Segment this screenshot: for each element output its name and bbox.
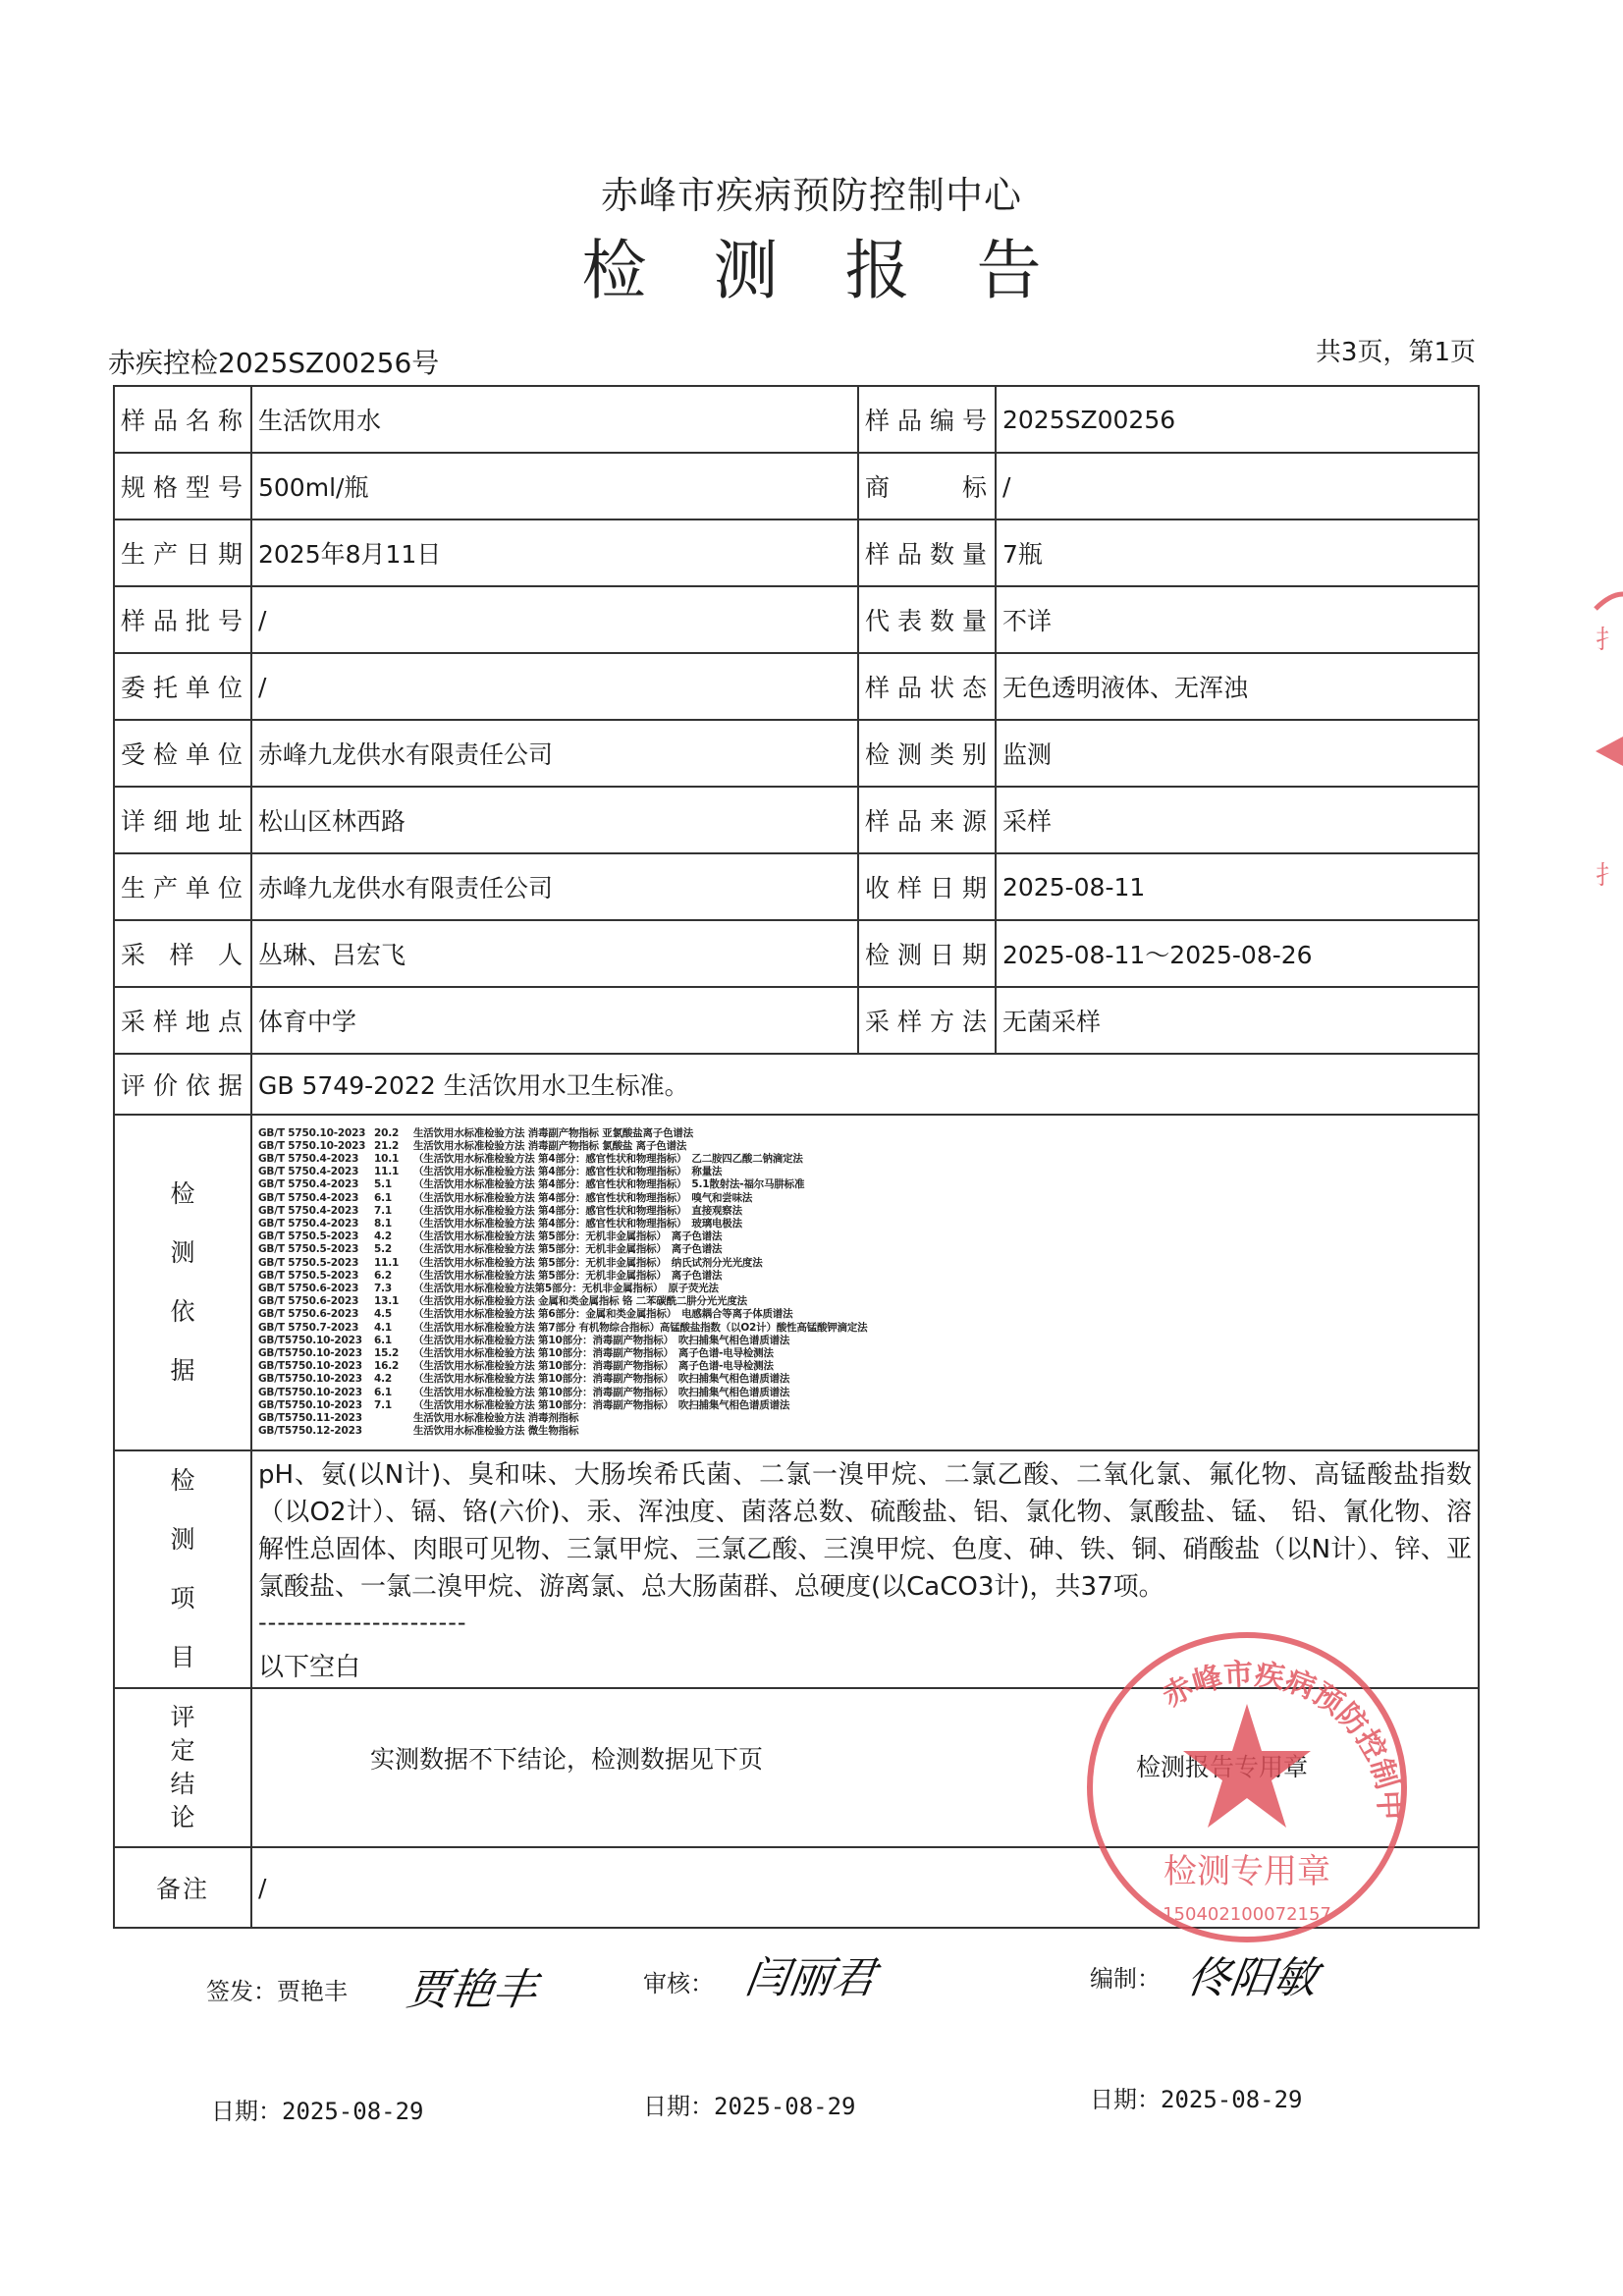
issuer-signature: 贾艳丰 — [404, 1954, 542, 2017]
issuer-label: 签发：贾艳丰 — [206, 1972, 348, 2006]
svg-text:扌: 扌 — [1596, 861, 1621, 891]
standard-line: GB/T 5750.4-20237.1（生活饮用水标准检验方法 第4部分：感官性… — [258, 1205, 1472, 1218]
info-row: 详细地址松山区林西路样品来源采样 — [114, 787, 1479, 853]
standard-code: GB/T5750.10-2023 — [258, 1399, 374, 1412]
test-items-cell: pH、氨(以N计)、臭和味、大肠埃希氏菌、二氯一溴甲烷、二氯乙酸、二氧化氯、氟化… — [251, 1450, 1479, 1688]
standard-clause: 4.5 — [374, 1308, 413, 1321]
standard-method: （生活饮用水标准检验方法 第5部分：无机非金属指标） 离子色谱法 — [413, 1270, 722, 1282]
info-row: 生产单位赤峰九龙供水有限责任公司收样日期2025-08-11 — [114, 853, 1479, 920]
standard-line: GB/T5750.10-20236.1（生活饮用水标准检验方法 第10部分：消毒… — [258, 1335, 1472, 1347]
field-label: 代表数量 — [858, 586, 996, 653]
standard-line: GB/T 5750.5-20234.2（生活饮用水标准检验方法 第5部分：无机非… — [258, 1230, 1472, 1243]
standard-line: GB/T 5750.4-20238.1（生活饮用水标准检验方法 第4部分：感官性… — [258, 1218, 1472, 1230]
separator-dashes: ---------------------- — [258, 1612, 1472, 1633]
standard-method: （生活饮用水标准检验方法 第4部分：感官性状和物理指标） 称量法 — [413, 1166, 722, 1177]
standard-method: （生活饮用水标准检验方法 第4部分：感官性状和物理指标） 直接观察法 — [413, 1205, 742, 1217]
field-value: 500ml/瓶 — [251, 453, 858, 519]
standard-code: GB/T 5750.4-2023 — [258, 1192, 374, 1205]
field-value: 赤峰九龙供水有限责任公司 — [251, 720, 858, 787]
field-value: 无色透明液体、无浑浊 — [996, 653, 1479, 720]
report-number: 赤疾控检2025SZ00256号 — [108, 342, 439, 381]
label-char: 据 — [121, 1341, 244, 1400]
standard-line: GB/T5750.10-20234.2（生活饮用水标准检验方法 第10部分：消毒… — [258, 1373, 1472, 1386]
field-label: 样品编号 — [858, 386, 996, 453]
standard-method: （生活饮用水标准检验方法 金属和类金属指标 铬 二苯碳酰二肼分光光度法 — [413, 1295, 747, 1307]
label-char: 项 — [121, 1569, 244, 1628]
standard-code: GB/T5750.10-2023 — [258, 1347, 374, 1360]
standard-clause: 6.2 — [374, 1270, 413, 1283]
standard-code: GB/T 5750.6-2023 — [258, 1295, 374, 1308]
standard-clause: 10.1 — [374, 1153, 413, 1166]
field-label: 采样人 — [114, 920, 251, 987]
standard-code: GB/T5750.12-2023 — [258, 1425, 374, 1438]
standard-method: （生活饮用水标准检验方法 第4部分：感官性状和物理指标） 嗅气和尝味法 — [413, 1192, 752, 1204]
standard-clause: 7.1 — [374, 1205, 413, 1218]
field-value: 松山区林西路 — [251, 787, 858, 853]
label-char: 论 — [121, 1801, 244, 1834]
standard-code: GB/T 5750.5-2023 — [258, 1230, 374, 1243]
edge-seal-fragment-icon: 扌 扌 — [1566, 589, 1623, 913]
standard-line: GB/T 5750.5-20236.2（生活饮用水标准检验方法 第5部分：无机非… — [258, 1270, 1472, 1283]
evaluation-basis-value: GB 5749-2022 生活饮用水卫生标准。 — [251, 1054, 1479, 1115]
field-label: 样品名称 — [114, 386, 251, 453]
standard-code: GB/T 5750.10-2023 — [258, 1127, 374, 1140]
standard-clause: 7.3 — [374, 1283, 413, 1295]
standard-code: GB/T5750.10-2023 — [258, 1373, 374, 1386]
standard-line: GB/T5750.10-20237.1（生活饮用水标准检验方法 第10部分：消毒… — [258, 1399, 1472, 1412]
standard-line: GB/T 5750.4-202311.1（生活饮用水标准检验方法 第4部分：感官… — [258, 1166, 1472, 1178]
field-value: 2025年8月11日 — [251, 519, 858, 586]
standard-line: GB/T 5750.10-202321.2生活饮用水标准检验方法 消毒副产物指标… — [258, 1140, 1472, 1153]
standard-method: （生活饮用水标准检验方法 第10部分：消毒副产物指标） 吹扫捕集气相色谱质谱法 — [413, 1387, 789, 1398]
field-label: 采样方法 — [858, 987, 996, 1054]
standard-method: （生活饮用水标准检验方法 第10部分：消毒副产物指标） 离子色谱-电导检测法 — [413, 1360, 774, 1372]
standard-method: 生活饮用水标准检验方法 消毒剂指标 — [413, 1412, 578, 1424]
info-row: 委托单位/样品状态无色透明液体、无浑浊 — [114, 653, 1479, 720]
standard-clause: 5.2 — [374, 1243, 413, 1256]
field-value: 7瓶 — [996, 519, 1479, 586]
label-char: 检 — [121, 1451, 244, 1510]
standard-method: （生活饮用水标准检验方法 第5部分：无机非金属指标） 离子色谱法 — [413, 1243, 722, 1255]
test-basis-standards: GB/T 5750.10-202320.2生活饮用水标准检验方法 消毒副产物指标… — [251, 1115, 1479, 1450]
standard-line: GB/T 5750.5-202311.1（生活饮用水标准检验方法 第5部分：无机… — [258, 1257, 1472, 1270]
standard-code: GB/T 5750.10-2023 — [258, 1140, 374, 1153]
standard-method: （生活饮用水标准检验方法 第5部分：无机非金属指标） 纳氏试剂分光光度法 — [413, 1257, 763, 1269]
test-items-label: 检测项目 — [114, 1450, 251, 1688]
standard-line: GB/T 5750.4-20235.1（生活饮用水标准检验方法 第4部分：感官性… — [258, 1178, 1472, 1191]
info-row: 生产日期2025年8月11日样品数量7瓶 — [114, 519, 1479, 586]
label-char: 目 — [121, 1628, 244, 1687]
label-char: 测 — [121, 1510, 244, 1569]
organization-name: 赤峰市疾病预防控制中心 — [0, 165, 1623, 219]
standard-code: GB/T 5750.7-2023 — [258, 1322, 374, 1335]
field-label: 生产日期 — [114, 519, 251, 586]
standard-clause: 11.1 — [374, 1166, 413, 1178]
field-value: 丛琳、吕宏飞 — [251, 920, 858, 987]
label-char: 依 — [121, 1283, 244, 1341]
field-value: 无菌采样 — [996, 987, 1479, 1054]
info-row: 样品批号/代表数量不详 — [114, 586, 1479, 653]
field-value: 采样 — [996, 787, 1479, 853]
field-value: 不详 — [996, 586, 1479, 653]
compiler-date: 日期：2025-08-29 — [1090, 2080, 1303, 2114]
standard-code: GB/T5750.11-2023 — [258, 1412, 374, 1425]
standard-clause: 4.1 — [374, 1322, 413, 1335]
info-row: 采样人丛琳、吕宏飞检测日期2025-08-11～2025-08-26 — [114, 920, 1479, 987]
standard-code: GB/T 5750.6-2023 — [258, 1308, 374, 1321]
standard-line: GB/T 5750.6-20237.3（生活饮用水标准检验方法第5部分：无机非金… — [258, 1283, 1472, 1295]
standard-code: GB/T 5750.4-2023 — [258, 1205, 374, 1218]
standard-line: GB/T5750.10-20236.1（生活饮用水标准检验方法 第10部分：消毒… — [258, 1387, 1472, 1399]
standard-method: （生活饮用水标准检验方法 第6部分：金属和类金属指标） 电感耦合等离子体质谱法 — [413, 1308, 792, 1320]
field-value: / — [251, 653, 858, 720]
standard-method: （生活饮用水标准检验方法 第4部分：感官性状和物理指标） 乙二胺四乙酸二钠滴定法 — [413, 1153, 803, 1165]
standard-code: GB/T 5750.5-2023 — [258, 1270, 374, 1283]
test-basis-label: 检测依据 — [114, 1115, 251, 1450]
standard-line: GB/T 5750.7-20234.1（生活饮用水标准检验方法 第7部分 有机物… — [258, 1322, 1472, 1335]
standard-clause: 16.2 — [374, 1360, 413, 1373]
standard-line: GB/T 5750.5-20235.2（生活饮用水标准检验方法 第5部分：无机非… — [258, 1243, 1472, 1256]
field-value: / — [996, 453, 1479, 519]
field-value: 2025SZ00256 — [996, 386, 1479, 453]
field-label: 检测类别 — [858, 720, 996, 787]
standard-clause: 8.1 — [374, 1218, 413, 1230]
field-value: 2025-08-11～2025-08-26 — [996, 920, 1479, 987]
standard-clause: 7.1 — [374, 1399, 413, 1412]
field-label: 规格型号 — [114, 453, 251, 519]
standard-code: GB/T 5750.4-2023 — [258, 1218, 374, 1230]
standard-code: GB/T 5750.4-2023 — [258, 1178, 374, 1191]
field-label: 检测日期 — [858, 920, 996, 987]
label-char: 检 — [121, 1165, 244, 1224]
field-label: 委托单位 — [114, 653, 251, 720]
standard-method: （生活饮用水标准检验方法 第4部分：感官性状和物理指标） 玻璃电极法 — [413, 1218, 742, 1230]
field-value: 赤峰九龙供水有限责任公司 — [251, 853, 858, 920]
info-row: 受检单位赤峰九龙供水有限责任公司检测类别监测 — [114, 720, 1479, 787]
standard-line: GB/T5750.10-202316.2（生活饮用水标准检验方法 第10部分：消… — [258, 1360, 1472, 1373]
label-char: 评 — [121, 1701, 244, 1734]
field-label: 详细地址 — [114, 787, 251, 853]
blank-below-note: 以下空白 — [258, 1647, 1472, 1683]
standard-clause: 6.1 — [374, 1192, 413, 1205]
field-label: 受检单位 — [114, 720, 251, 787]
standard-line: GB/T 5750.4-202310.1（生活饮用水标准检验方法 第4部分：感官… — [258, 1153, 1472, 1166]
standard-method: （生活饮用水标准检验方法 第5部分：无机非金属指标） 离子色谱法 — [413, 1230, 722, 1242]
field-value: 生活饮用水 — [251, 386, 858, 453]
standard-line: GB/T 5750.10-202320.2生活饮用水标准检验方法 消毒副产物指标… — [258, 1127, 1472, 1140]
standard-clause: 13.1 — [374, 1295, 413, 1308]
field-label: 商标 — [858, 453, 996, 519]
report-table: 样品名称生活饮用水样品编号2025SZ00256规格型号500ml/瓶商标/生产… — [113, 385, 1480, 1929]
standard-clause: 15.2 — [374, 1347, 413, 1360]
standard-code: GB/T 5750.4-2023 — [258, 1166, 374, 1178]
field-value: 监测 — [996, 720, 1479, 787]
info-row: 规格型号500ml/瓶商标/ — [114, 453, 1479, 519]
field-value: 体育中学 — [251, 987, 858, 1054]
field-value: 2025-08-11 — [996, 853, 1479, 920]
reviewer-signature: 闫丽君 — [742, 1942, 881, 2005]
standard-code: GB/T 5750.4-2023 — [258, 1153, 374, 1166]
standard-line: GB/T 5750.6-202313.1（生活饮用水标准检验方法 金属和类金属指… — [258, 1295, 1472, 1308]
label-char: 结 — [121, 1768, 244, 1801]
standard-code: GB/T5750.10-2023 — [258, 1360, 374, 1373]
conclusion-label: 评定结论 — [114, 1688, 251, 1847]
standard-method: （生活饮用水标准检验方法 第10部分：消毒副产物指标） 离子色谱-电导检测法 — [413, 1347, 774, 1359]
sample-info-section: 样品名称生活饮用水样品编号2025SZ00256规格型号500ml/瓶商标/生产… — [114, 386, 1479, 1054]
standard-code: GB/T5750.10-2023 — [258, 1335, 374, 1347]
field-label: 样品状态 — [858, 653, 996, 720]
standard-method: （生活饮用水标准检验方法 第10部分：消毒副产物指标） 吹扫捕集气相色谱质谱法 — [413, 1373, 789, 1385]
standard-clause: 4.2 — [374, 1230, 413, 1243]
reviewer-label: 审核： — [643, 1964, 714, 1998]
standard-code: GB/T 5750.6-2023 — [258, 1283, 374, 1295]
field-label: 收样日期 — [858, 853, 996, 920]
standard-line: GB/T 5750.4-20236.1（生活饮用水标准检验方法 第4部分：感官性… — [258, 1192, 1472, 1205]
remarks-value: / — [251, 1847, 1479, 1928]
standard-line: GB/T5750.12-2023生活饮用水标准检验方法 微生物指标 — [258, 1425, 1472, 1438]
label-char: 测 — [121, 1224, 244, 1283]
standard-clause: 6.1 — [374, 1335, 413, 1347]
standard-clause: 5.1 — [374, 1178, 413, 1191]
standard-clause: 4.2 — [374, 1373, 413, 1386]
standard-clause: 6.1 — [374, 1387, 413, 1399]
standard-clause: 21.2 — [374, 1140, 413, 1153]
standard-line: GB/T 5750.6-20234.5（生活饮用水标准检验方法 第6部分：金属和… — [258, 1308, 1472, 1321]
standard-code: GB/T 5750.5-2023 — [258, 1257, 374, 1270]
standard-line: GB/T5750.11-2023生活饮用水标准检验方法 消毒剂指标 — [258, 1412, 1472, 1425]
compiler-label: 编制： — [1090, 1959, 1161, 1994]
standard-code: GB/T 5750.5-2023 — [258, 1243, 374, 1256]
standard-line: GB/T5750.10-202315.2（生活饮用水标准检验方法 第10部分：消… — [258, 1347, 1472, 1360]
stamp-caption: 检测报告专用章 — [1136, 1748, 1308, 1783]
svg-text:扌: 扌 — [1596, 626, 1621, 655]
standard-method: 生活饮用水标准检验方法 消毒副产物指标 亚氯酸盐离子色谱法 — [413, 1127, 693, 1139]
label-char: 定 — [121, 1734, 244, 1768]
field-label: 采样地点 — [114, 987, 251, 1054]
issuer-date: 日期：2025-08-29 — [211, 2092, 424, 2126]
conclusion-cell: 实测数据不下结论，检测数据见下页 检测报告专用章 — [251, 1688, 1479, 1847]
page-info: 共3页，第1页 — [1316, 332, 1476, 368]
info-row: 采样地点体育中学采样方法无菌采样 — [114, 987, 1479, 1054]
conclusion-text: 实测数据不下结论，检测数据见下页 — [370, 1740, 763, 1776]
standard-method: （生活饮用水标准检验方法 第7部分 有机物综合指标）高锰酸盐指数（以O2计）酸性… — [413, 1322, 867, 1334]
field-label: 样品数量 — [858, 519, 996, 586]
field-label: 样品批号 — [114, 586, 251, 653]
field-label: 样品来源 — [858, 787, 996, 853]
standard-method: 生活饮用水标准检验方法 微生物指标 — [413, 1425, 578, 1437]
standard-code: GB/T5750.10-2023 — [258, 1387, 374, 1399]
reviewer-date: 日期：2025-08-29 — [643, 2087, 856, 2121]
standard-method: （生活饮用水标准检验方法 第10部分：消毒副产物指标） 吹扫捕集气相色谱质谱法 — [413, 1335, 789, 1346]
evaluation-basis-label: 评价依据 — [114, 1054, 251, 1115]
standard-method: 生活饮用水标准检验方法 消毒副产物指标 氯酸盐 离子色谱法 — [413, 1140, 686, 1152]
standard-method: （生活饮用水标准检验方法第5部分：无机非金属指标） 原子荧光法 — [413, 1283, 719, 1294]
standard-clause: 11.1 — [374, 1257, 413, 1270]
standard-clause: 20.2 — [374, 1127, 413, 1140]
field-value: / — [251, 586, 858, 653]
remarks-label: 备注 — [114, 1847, 251, 1928]
test-items-list: pH、氨(以N计)、臭和味、大肠埃希氏菌、二氯一溴甲烷、二氯乙酸、二氧化氯、氟化… — [258, 1456, 1472, 1606]
report-title: 检测报告 — [0, 218, 1623, 311]
compiler-signature: 佟阳敏 — [1184, 1942, 1323, 2005]
info-row: 样品名称生活饮用水样品编号2025SZ00256 — [114, 386, 1479, 453]
field-label: 生产单位 — [114, 853, 251, 920]
standard-method: （生活饮用水标准检验方法 第10部分：消毒副产物指标） 吹扫捕集气相色谱质谱法 — [413, 1399, 789, 1411]
standard-method: （生活饮用水标准检验方法 第4部分：感官性状和物理指标） 5.1散射法-福尔马肼… — [413, 1178, 804, 1190]
